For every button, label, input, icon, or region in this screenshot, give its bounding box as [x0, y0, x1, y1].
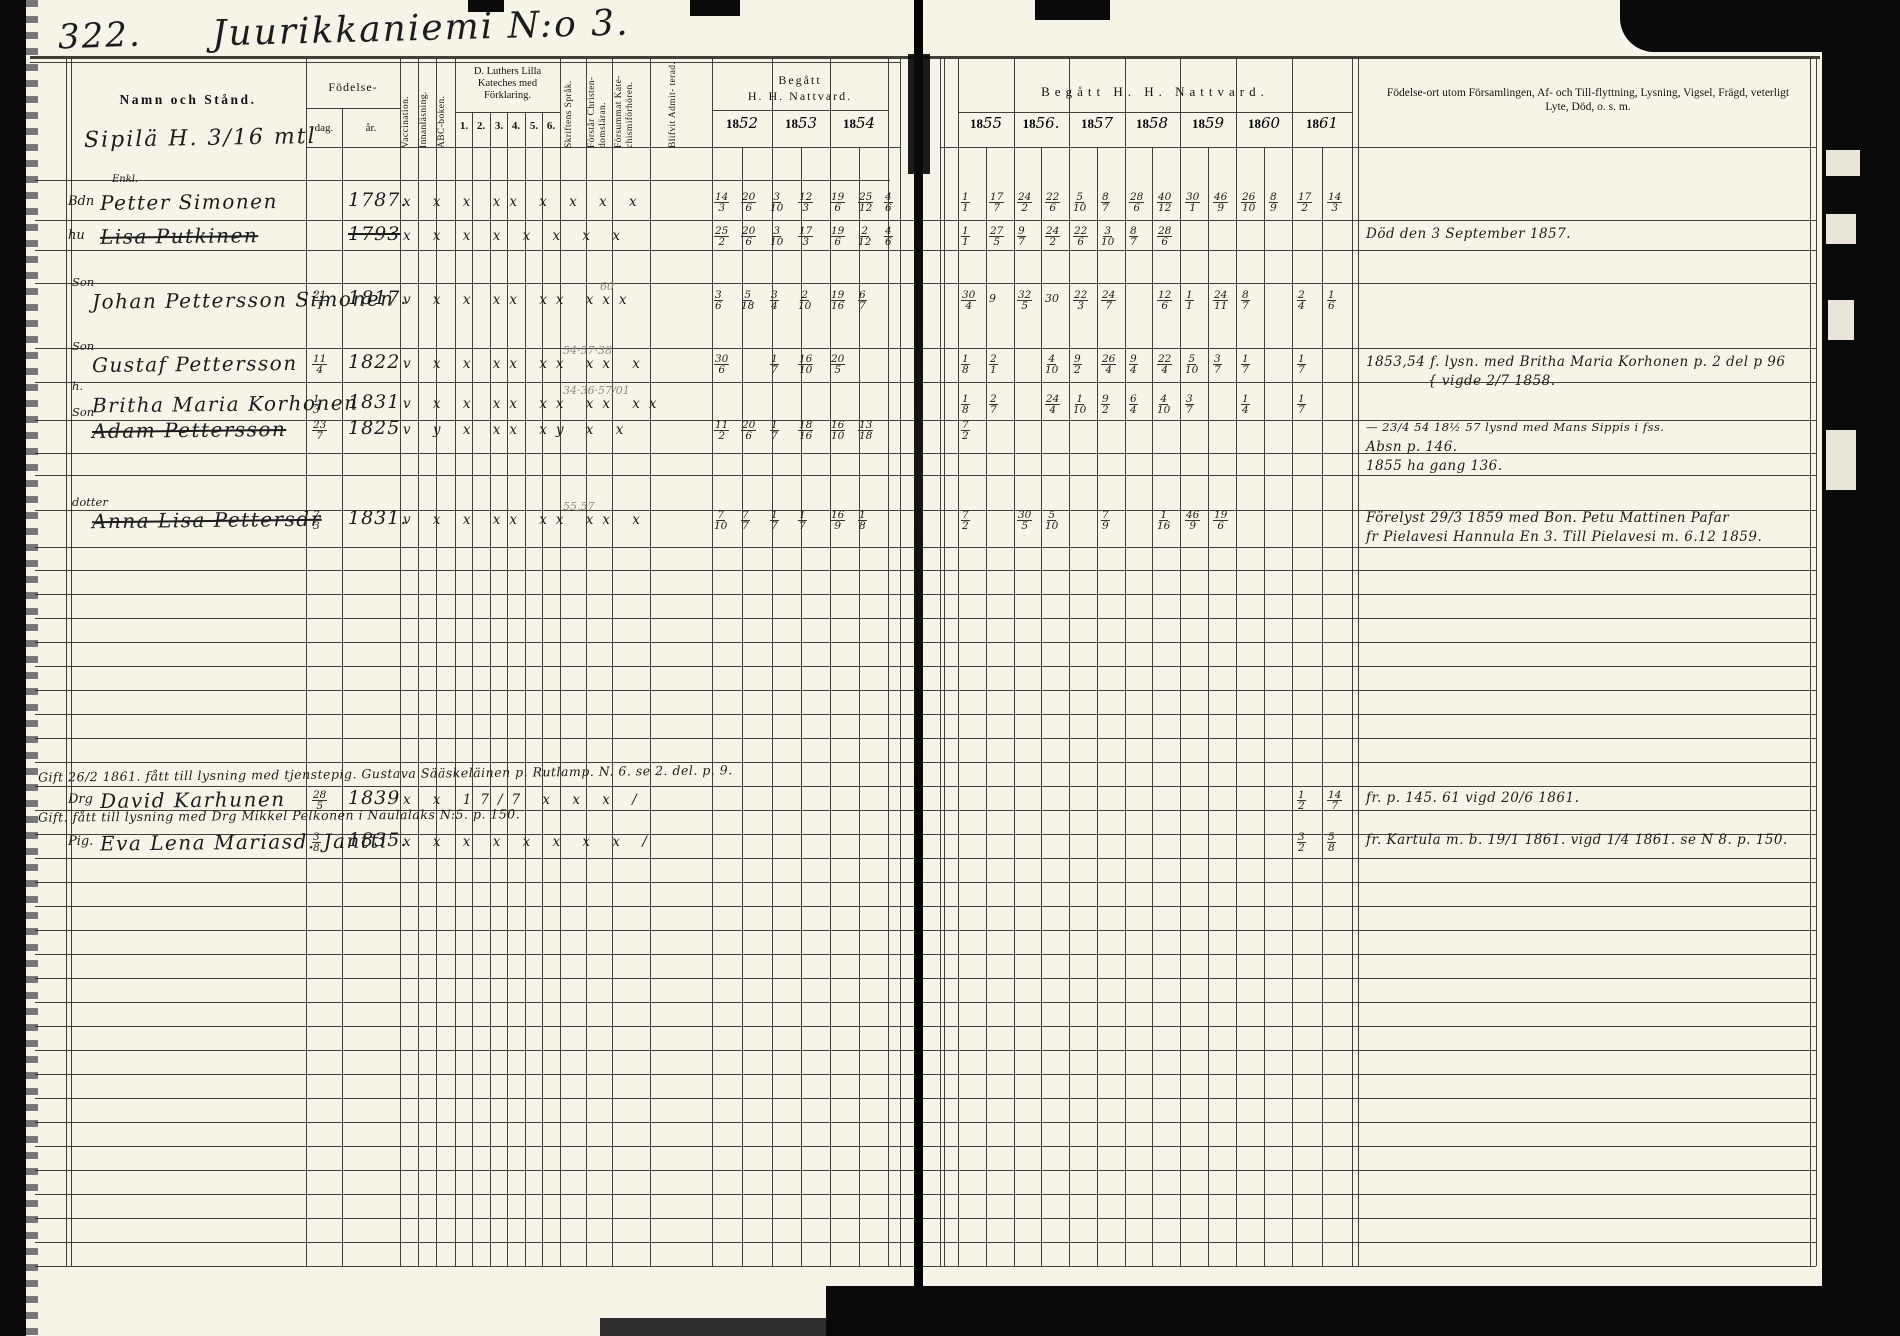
communion-mark: 110	[1073, 394, 1086, 415]
rule-line	[35, 930, 1816, 931]
mark-month: 5	[834, 365, 841, 375]
communion-mark: 247	[1101, 290, 1116, 311]
communion-mark: 223	[1073, 290, 1088, 311]
grid-line	[1180, 58, 1181, 1266]
mark-month: 7	[742, 521, 749, 531]
mark-month: 7	[859, 301, 866, 311]
scan-gap	[1826, 150, 1860, 176]
communion-mark: 64	[1129, 394, 1138, 415]
mark-month: 6	[1161, 301, 1168, 311]
rule-line	[35, 547, 1816, 548]
communion-mark: 72	[961, 420, 970, 441]
mark-month: 6	[715, 301, 722, 311]
mark-month: 10	[799, 365, 812, 375]
rule-line	[306, 108, 400, 109]
mark-month: 6	[745, 431, 752, 441]
grid-line	[490, 112, 491, 1266]
communion-mark: 143	[714, 192, 729, 213]
reading-marks: v x x xx xx xx x	[403, 356, 649, 372]
bottom-scan-smudge	[600, 1318, 830, 1336]
rule-line	[35, 348, 1816, 349]
mark-month: 7	[1298, 365, 1305, 375]
rule-line	[35, 1026, 1816, 1027]
rule-line	[35, 978, 1816, 979]
reading-marks: x x x xx x x x x	[403, 194, 646, 210]
communion-mark: 73	[312, 510, 321, 531]
mark-month: 11	[1214, 301, 1227, 311]
communion-mark: 286	[1157, 226, 1172, 247]
communion-mark: 18	[961, 354, 970, 375]
mark-month: 4	[1049, 405, 1056, 415]
rule-line	[35, 738, 1816, 739]
communion-mark: 18	[961, 394, 970, 415]
mark-month: 6	[1328, 301, 1335, 311]
mark-month: 5	[1021, 521, 1028, 531]
communion-mark: 205	[830, 354, 845, 375]
mark-month: 4	[1242, 405, 1249, 415]
communion-mark: 11	[961, 192, 970, 213]
rule-line	[35, 220, 1816, 221]
communion-mark: 13	[312, 394, 321, 415]
mark-month: 6	[1049, 203, 1056, 213]
rule-line	[35, 1218, 1816, 1219]
mark-month: 9	[1270, 203, 1277, 213]
rule-line	[35, 475, 1816, 476]
person-prefix: Son	[72, 405, 94, 419]
mark-month: 2	[1298, 843, 1305, 853]
communion-mark: 242	[1017, 192, 1032, 213]
mark-month: 2	[1102, 405, 1109, 415]
col-header-notes: Födelse-ort utom Församlingen, Af- och T…	[1378, 86, 1798, 114]
mark-month: 7	[993, 203, 1000, 213]
year-handwritten: 58	[1149, 114, 1168, 132]
catechism-number: 5.	[526, 120, 542, 132]
grid-line	[472, 112, 473, 1266]
communion-mark: 242	[1045, 226, 1060, 247]
year-handwritten: 53	[798, 114, 817, 132]
communion-mark: 46	[884, 226, 893, 247]
year-label: 1857	[1071, 114, 1123, 133]
mark-month: 7	[1298, 405, 1305, 415]
communion-mark: 67	[858, 290, 867, 311]
mark-month: 4	[965, 301, 972, 311]
torn-edge-right	[1822, 0, 1900, 1336]
communion-mark: 17	[770, 420, 779, 441]
rule-line	[35, 1050, 1816, 1051]
mark-month: 3	[313, 405, 320, 415]
person-name: Eva Lena Mariasd. Jantti	[100, 828, 388, 855]
communion-mark: 244	[1045, 394, 1060, 415]
grid-line	[525, 112, 526, 1266]
mark-month: 1	[962, 203, 969, 213]
communion-mark: 169	[830, 510, 845, 531]
mark-month: 4	[316, 365, 323, 375]
grid-line	[1292, 58, 1293, 1266]
rule-line	[712, 110, 888, 111]
year-printed: 18	[1136, 116, 1149, 131]
communion-mark: 17	[798, 510, 807, 531]
col-header-skriftens-sprak: Skriftens Språk.	[564, 58, 575, 148]
person-name: David Karhunen	[100, 787, 286, 813]
margin-note: 1855 ha gang 136.	[1366, 458, 1503, 474]
communion-mark: 264	[1101, 354, 1116, 375]
year-handwritten: 60	[1261, 114, 1280, 132]
communion-mark: 310	[770, 226, 783, 247]
communion-mark: 224	[1157, 354, 1172, 375]
communion-mark: 87	[1101, 192, 1110, 213]
mark-month: 6	[1133, 203, 1140, 213]
mark-month: 2	[1021, 203, 1028, 213]
communion-mark: 17	[770, 510, 779, 531]
reading-marks: x x 17/7 x x x /	[403, 792, 646, 808]
rule-line	[35, 1122, 1816, 1123]
year-label: 1854	[833, 114, 885, 133]
pencil-note: 34·36·57/01	[563, 384, 630, 397]
mark-month: 7	[799, 521, 806, 531]
communion-mark: 114	[312, 354, 327, 375]
margin-note: { vigde 2/7 1858.	[1428, 373, 1556, 389]
communion-mark: 14	[1241, 394, 1250, 415]
rule-line	[35, 906, 1816, 907]
col-header-birth-day: dag.	[306, 122, 342, 134]
torn-edge-left	[0, 0, 26, 1336]
year-handwritten: 57	[1094, 114, 1113, 132]
birth-year: 1822	[348, 351, 400, 373]
mark-month: 16	[799, 431, 812, 441]
communion-mark: 32	[1297, 832, 1306, 853]
mark-month: 7	[1242, 301, 1249, 311]
mark-month: 8	[313, 843, 320, 853]
mark-month: 7	[771, 521, 778, 531]
communion-mark: 87	[1241, 290, 1250, 311]
person-prefix: h.	[72, 379, 83, 393]
mark-month: 9	[1102, 521, 1109, 531]
mark-month: 7	[1105, 301, 1112, 311]
rule-line	[35, 1170, 1816, 1171]
pencil-note: 60	[600, 280, 614, 293]
birth-year: 1793	[348, 223, 400, 245]
communion-mark: 510	[1185, 354, 1198, 375]
margin-note: — 23/4 54 18½ 57 lysnd med Mans Sippis i…	[1366, 420, 1665, 434]
communion-mark: 12	[1297, 790, 1306, 811]
mark-month: 4	[1130, 365, 1137, 375]
communion-mark: 172	[1297, 192, 1312, 213]
year-label: 1852	[716, 114, 768, 133]
grid-line	[650, 58, 651, 1266]
rule-line	[35, 1266, 1816, 1267]
rule-line	[306, 147, 900, 148]
rule-line	[35, 954, 1816, 955]
mark-month: 8	[962, 365, 969, 375]
mark-month: 4	[771, 301, 778, 311]
col-header-birth: Födelse-	[306, 80, 400, 95]
communion-mark: 92	[1101, 394, 1110, 415]
rule-line	[30, 62, 900, 63]
person-name: Gustaf Pettersson	[92, 351, 298, 377]
mark-month: 2	[1301, 203, 1308, 213]
scan-gap	[1826, 430, 1856, 490]
birth-year: 1831.	[348, 507, 407, 529]
communion-mark: 173	[798, 226, 813, 247]
communion-mark: 37	[1213, 354, 1222, 375]
catechism-number: 3.	[491, 120, 507, 132]
col-header-blifvit-admitterad: Blifvit Admit- terad.	[668, 58, 692, 148]
year-handwritten: 61	[1319, 114, 1338, 132]
communion-mark: 206	[741, 226, 756, 247]
reading-marks: v x x xx xx xx x	[403, 512, 649, 528]
grid-line	[958, 58, 959, 1266]
mark-month: 7	[771, 431, 778, 441]
grid-line	[1810, 58, 1811, 1266]
year-handwritten: 55	[983, 114, 1002, 132]
birth-year: 1825	[348, 417, 400, 439]
scanned-parish-register-page: 322. Juurikkaniemi N:o 3. Sipilä H. 3/16…	[0, 0, 1900, 1336]
communion-mark: 2610	[1241, 192, 1256, 213]
col-header-forstar-christendomslaran: Förstår Christen- domsläran.	[587, 58, 611, 148]
mark-month: 7	[990, 405, 997, 415]
birth-year: 1831	[348, 391, 400, 413]
margin-note: fr. p. 145. 61 vigd 20/6 1861.	[1366, 790, 1579, 806]
communion-mark: 58	[1327, 832, 1336, 853]
reading-marks: v y x xx xy x x	[403, 422, 632, 438]
mark-month: 6	[1077, 237, 1084, 247]
year-label: 1859	[1182, 114, 1234, 133]
mark-month: 3	[802, 237, 809, 247]
torn-edge-left-speckle	[26, 0, 38, 1336]
communion-mark: 36	[714, 290, 723, 311]
communion-mark: 2411	[1213, 290, 1228, 311]
mark-month: 10	[1157, 405, 1170, 415]
col-header-catechism: D. Luthers Lilla Kateches med Förklaring…	[455, 66, 560, 102]
rule-line	[35, 786, 1816, 787]
mark-month: 2	[1298, 801, 1305, 811]
rule-line	[35, 453, 1816, 454]
rule-line	[958, 112, 1352, 113]
bottom-scan-band	[826, 1286, 1900, 1336]
mark-month: 4	[1105, 365, 1112, 375]
mark-month: 8	[962, 405, 969, 415]
communion-mark: 211	[312, 290, 327, 311]
year-label: 1858	[1126, 114, 1178, 133]
communion-mark: 143	[1327, 192, 1342, 213]
rule-line	[35, 1098, 1816, 1099]
communion-mark: 206	[741, 420, 756, 441]
reading-marks: v x x xx xx xxx	[403, 292, 636, 308]
scan-blotch-top	[690, 0, 740, 16]
person-prefix: Pig.	[68, 834, 93, 849]
scan-gap	[1826, 214, 1856, 244]
grid-line	[1816, 58, 1817, 1266]
person-prefix: dotter	[72, 495, 108, 509]
communion-mark: 89	[1269, 192, 1278, 213]
mark-month: 7	[1130, 237, 1137, 247]
mark-month: 7	[1214, 365, 1221, 375]
rule-line	[455, 112, 560, 113]
rule-line	[35, 762, 1816, 763]
year-label: 1860	[1238, 114, 1290, 133]
communion-mark: 17	[770, 354, 779, 375]
mark-month: 7	[1331, 801, 1338, 811]
paper-background	[24, 0, 1824, 1336]
year-label: 1853	[775, 114, 827, 133]
communion-mark: 301	[1185, 192, 1200, 213]
rule-line	[35, 882, 1816, 883]
mark-month: 2	[1049, 237, 1056, 247]
communion-mark: 34	[770, 290, 779, 311]
rule-line	[35, 180, 890, 181]
communion-mark: 177	[989, 192, 1004, 213]
mark-month: 18	[859, 431, 872, 441]
year-label: 1856.	[1015, 114, 1067, 133]
grid-line	[306, 58, 307, 1266]
col-header-abc-boken: ABC-boken.	[437, 58, 448, 148]
mark-month: 6	[1161, 237, 1168, 247]
mark-month: 18	[741, 301, 754, 311]
margin-note: Absn p. 146.	[1366, 439, 1458, 455]
person-name: Lisa Putkinen	[100, 223, 258, 249]
grid-line	[712, 58, 713, 1266]
grid-line	[1352, 58, 1353, 1266]
margin-note: fr. Kartula m. b. 19/1 1861. vigd 1/4 18…	[1366, 832, 1788, 848]
mark-month: 2	[718, 431, 725, 441]
person-prefix: Son	[72, 275, 94, 289]
mark-month: 10	[714, 521, 727, 531]
communion-mark: 147	[1327, 790, 1342, 811]
mark-month: 7	[771, 365, 778, 375]
rule-line	[940, 147, 1816, 148]
mark-month: 10	[831, 431, 844, 441]
mark-month: 10	[770, 203, 783, 213]
mark-month: 3	[1077, 301, 1084, 311]
communion-mark: 310	[1101, 226, 1114, 247]
mark-month: 6	[745, 237, 752, 247]
catechism-number: 6.	[543, 120, 559, 132]
mark-month: 1	[990, 365, 997, 375]
margin-note: Förelyst 29/3 1859 med Bon. Petu Mattine…	[1366, 510, 1729, 526]
col-header-vaccination: Vaccination.	[401, 58, 412, 148]
communion-mark: 92	[1073, 354, 1082, 375]
mark-month: 9	[1217, 203, 1224, 213]
grid-line	[940, 58, 941, 1266]
mark-month: 5	[993, 237, 1000, 247]
grid-line	[900, 58, 901, 1266]
communion-mark: 18	[858, 510, 867, 531]
grid-line	[1125, 58, 1126, 1266]
rule-line	[35, 570, 1816, 571]
birth-year: 1787.	[348, 189, 407, 211]
mark-month: 2	[962, 431, 969, 441]
year-printed: 18	[1248, 116, 1261, 131]
communion-mark: 4012	[1157, 192, 1172, 213]
communion-mark: 11	[1185, 290, 1194, 311]
mark-month: 7	[1018, 237, 1025, 247]
communion-mark: 37	[1185, 394, 1194, 415]
communion-mark: 305	[1017, 510, 1032, 531]
year-handwritten: 59	[1205, 114, 1224, 132]
mark-month: 10	[1101, 237, 1114, 247]
rule-line	[35, 1074, 1816, 1075]
mark-month: 1	[1186, 301, 1193, 311]
grid-line	[1358, 58, 1359, 1266]
grid-line	[66, 58, 67, 1266]
rule-line	[35, 666, 1816, 667]
rule-line	[35, 250, 1816, 251]
year-printed: 18	[1192, 116, 1205, 131]
rule-line	[35, 858, 1816, 859]
mark-month: 16	[831, 301, 844, 311]
mark-month: 1	[962, 237, 969, 247]
catechism-number: 1.	[456, 120, 472, 132]
grid-line	[342, 108, 343, 1266]
mark-month: 12	[1158, 203, 1171, 213]
reading-marks: x x x x x x x x /	[403, 834, 656, 850]
rule-line	[35, 810, 1816, 811]
communion-mark: 285	[312, 790, 327, 811]
communion-mark: 27	[989, 394, 998, 415]
year-printed: 18	[1023, 116, 1036, 131]
communion-mark: 210	[798, 290, 811, 311]
page-number: 322.	[57, 15, 142, 58]
mark-month: 10	[1073, 405, 1086, 415]
scan-blotch-top	[468, 0, 504, 12]
communion-mark: 710	[714, 510, 727, 531]
communion-mark: 237	[312, 420, 327, 441]
communion-mark: 226	[1073, 226, 1088, 247]
mark-month: 2	[1074, 365, 1081, 375]
rule-line	[35, 283, 1816, 284]
mark-month: 9	[1189, 521, 1196, 531]
birth-year: 1817.	[348, 287, 407, 309]
communion-mark: 2512	[858, 192, 873, 213]
grid-line	[1014, 58, 1015, 1266]
communion-mark: 17	[1297, 394, 1306, 415]
communion-mark: 510	[1045, 510, 1058, 531]
communion-mark: 196	[1213, 510, 1228, 531]
year-printed: 18	[726, 116, 739, 131]
communion-mark: 123	[798, 192, 813, 213]
person-prefix: hu	[68, 228, 85, 243]
communion-mark: 286	[1129, 192, 1144, 213]
communion-mark: 38	[312, 832, 321, 853]
pencil-note: 54·57·38	[563, 344, 612, 357]
communion-mark: 1318	[858, 420, 873, 441]
rule-line	[35, 690, 1816, 691]
mark-month: 4	[1298, 301, 1305, 311]
mark-month: 6	[885, 203, 892, 213]
mark-month: 7	[1186, 405, 1193, 415]
communion-mark: 46	[884, 192, 893, 213]
communion-mark: 226	[1045, 192, 1060, 213]
year-printed: 18	[1306, 116, 1319, 131]
birth-year: 1835.	[348, 829, 407, 851]
margin-note: fr Pielavesi Hannula En 3. Till Pielaves…	[1366, 529, 1762, 545]
mark-month: 10	[1073, 203, 1086, 213]
mark-month: 4	[1130, 405, 1137, 415]
year-handwritten: 52	[739, 114, 758, 132]
communion-mark: 410	[1157, 394, 1170, 415]
margin-note: 1853,54 f. lysn. med Britha Maria Korhon…	[1366, 354, 1785, 370]
communion-mark: 325	[1017, 290, 1032, 311]
year-label: 1855	[960, 114, 1012, 133]
communion-mark: 469	[1185, 510, 1200, 531]
reading-marks: v x x xx xx xx xx	[403, 396, 666, 412]
communion-mark: 30	[1045, 294, 1059, 304]
communion-mark: 79	[1101, 510, 1110, 531]
mark-month: 6	[1217, 521, 1224, 531]
col-header-birth-year: år.	[342, 122, 400, 134]
mark-month: 10	[1045, 521, 1058, 531]
communion-mark: 275	[989, 226, 1004, 247]
